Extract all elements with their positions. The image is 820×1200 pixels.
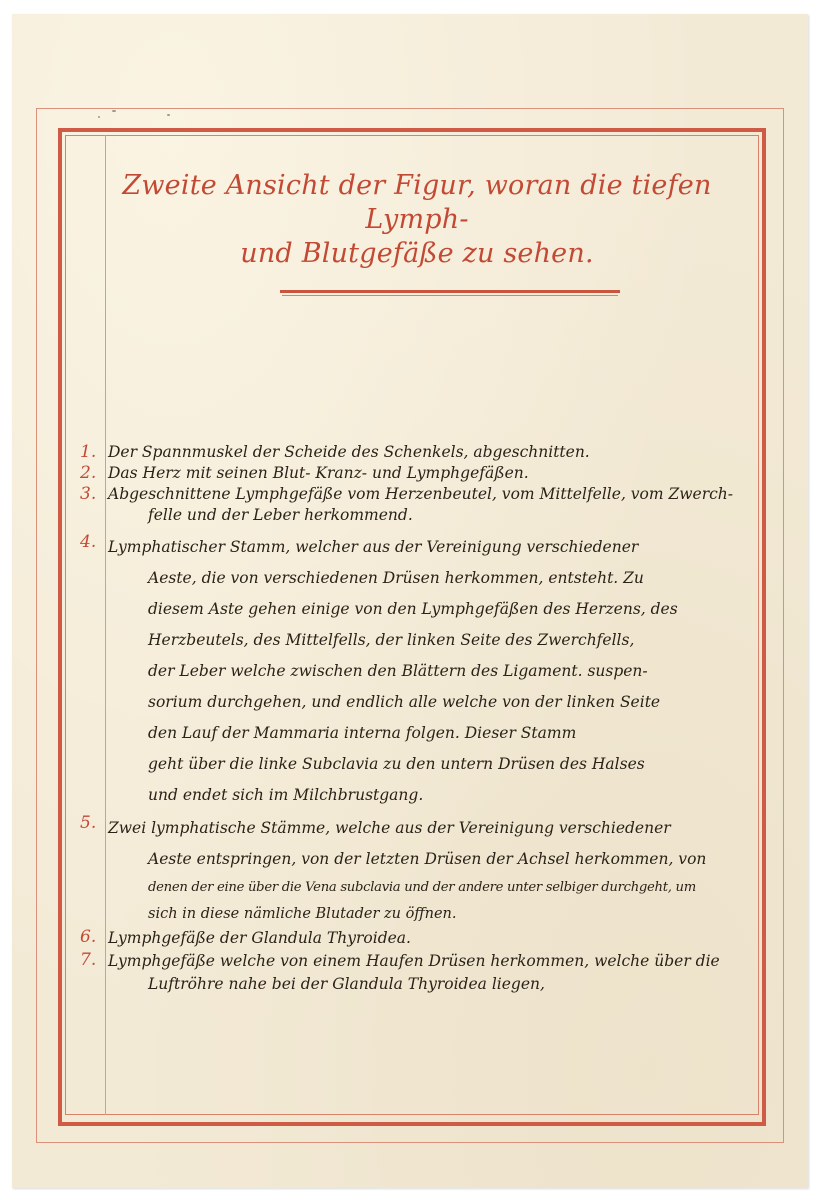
legend-entry-5: 5. Zwei lymphatische Stämme, welche aus … (80, 813, 770, 927)
entry-text-line: Zwei lymphatische Stämme, welche aus der… (108, 813, 770, 844)
entry-text-line: der Leber welche zwischen den Blättern d… (108, 656, 770, 687)
legend-entries: 1. Der Spannmuskel der Scheide des Schen… (80, 442, 770, 996)
entry-number: 6. (80, 927, 96, 947)
entry-text-line: sich in diese nämliche Blutader zu öffne… (108, 901, 770, 927)
entry-text-line: Abgeschnittene Lymphgefäße vom Herzenbeu… (108, 484, 770, 505)
legend-entry-1: 1. Der Spannmuskel der Scheide des Schen… (80, 442, 770, 463)
entry-number: 7. (80, 950, 96, 970)
legend-entry-2: 2. Das Herz mit seinen Blut- Kranz- und … (80, 463, 770, 484)
legend-entry-7: 7. Lymphgefäße welche von einem Haufen D… (80, 950, 770, 996)
entry-text-line: Der Spannmuskel der Scheide des Schenkel… (108, 442, 770, 463)
title-line-1: Zweite Ansicht der Figur, woran die tief… (72, 169, 762, 237)
entry-text-line: sorium durchgehen, und endlich alle welc… (108, 687, 770, 718)
legend-entry-3: 3. Abgeschnittene Lymphgefäße vom Herzen… (80, 484, 770, 526)
entry-text-line: Herzbeutels, des Mittelfells, der linken… (108, 625, 770, 656)
page-title: Zweite Ansicht der Figur, woran die tief… (72, 169, 762, 271)
legend-entry-6: 6. Lymphgefäße der Glandula Thyroidea. (80, 927, 770, 950)
entry-text-line: Aeste, die von verschiedenen Drüsen herk… (108, 563, 770, 594)
entry-text-line: und endet sich im Milchbrustgang. (108, 780, 770, 811)
title-line-2: und Blutgefäße zu sehen. (72, 237, 762, 271)
entry-text-line: denen der eine über die Vena subclavia u… (108, 875, 770, 901)
entry-text-line: den Lauf der Mammaria interna folgen. Di… (108, 718, 770, 749)
title-underline-thick (280, 290, 620, 293)
entry-text-line: Aeste entspringen, von der letzten Drüse… (108, 844, 770, 875)
legend-entry-4: 4. Lymphatischer Stamm, welcher aus der … (80, 532, 770, 811)
manuscript-page: Zweite Ansicht der Figur, woran die tief… (12, 14, 808, 1188)
entry-number: 4. (80, 532, 96, 552)
entry-text-line: Lymphatischer Stamm, welcher aus der Ver… (108, 532, 770, 563)
entry-text-line: Das Herz mit seinen Blut- Kranz- und Lym… (108, 463, 770, 484)
entry-number: 3. (80, 484, 96, 504)
entry-text-line: diesem Aste gehen einige von den Lymphge… (108, 594, 770, 625)
ink-speck (98, 116, 100, 118)
entry-text-line: Lymphgefäße welche von einem Haufen Drüs… (108, 950, 770, 973)
entry-number: 2. (80, 463, 96, 483)
ink-speck (167, 114, 170, 116)
entry-text-line: Luftröhre nahe bei der Glandula Thyroide… (108, 973, 770, 996)
entry-number: 5. (80, 813, 96, 833)
title-underline-thin (282, 295, 618, 296)
entry-number: 1. (80, 442, 96, 462)
entry-text-line: felle und der Leber herkommend. (108, 505, 770, 526)
ink-speck (112, 110, 116, 112)
entry-text-line: geht über die linke Subclavia zu den unt… (108, 749, 770, 780)
entry-text-line: Lymphgefäße der Glandula Thyroidea. (108, 927, 770, 950)
